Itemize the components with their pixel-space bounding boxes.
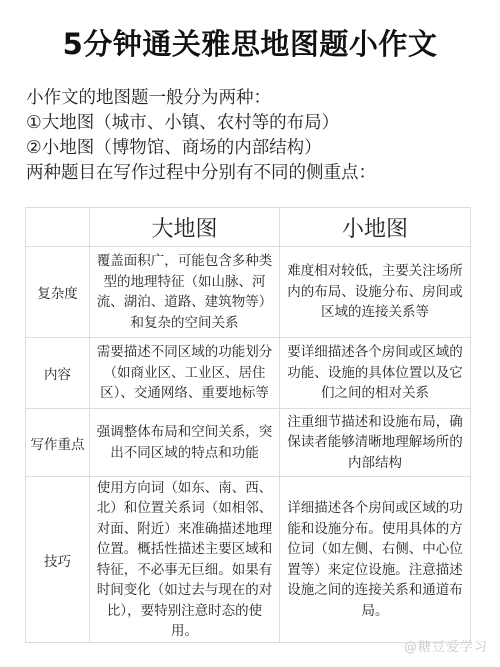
- row-label: 复杂度: [26, 247, 90, 338]
- small-map-cell: 难度相对较低，主要关注场所内的布局、设施分布、房间或区域的连接关系等: [280, 247, 471, 338]
- header-empty: [26, 208, 90, 247]
- big-map-cell: 需要描述不同区域的功能划分（如商业区、工业区、居住区）、交通网络、重要地标等: [90, 338, 280, 409]
- table-row: 技巧 使用方向词（如东、南、西、北）和位置关系词（如相邻、对面、附近）来准确描述…: [26, 477, 471, 643]
- header-big-map: 大地图: [90, 208, 280, 247]
- watermark: @糖豆爱学习: [404, 636, 488, 655]
- table-row: 复杂度 覆盖面积广，可能包含多种类型的地理特征（如山脉、河流、湖泊、道路、建筑物…: [26, 247, 471, 338]
- page-title: 5分钟通关雅思地图题小作文: [0, 22, 500, 63]
- small-map-cell: 要详细描述各个房间或区域的功能、设施的具体位置以及它们之间的相对关系: [280, 338, 471, 409]
- big-map-cell: 强调整体布局和空间关系，突出不同区域的特点和功能: [90, 409, 280, 477]
- intro-text: 小作文的地图题一般分为两种： ①大地图（城市、小镇、农村等的布局） ②小地图（博…: [26, 86, 376, 186]
- intro-line: ①大地图（城市、小镇、农村等的布局）: [26, 111, 376, 136]
- table-row: 写作重点 强调整体布局和空间关系，突出不同区域的特点和功能 注重细节描述和设施布…: [26, 409, 471, 477]
- comparison-table: 大地图 小地图 复杂度 覆盖面积广，可能包含多种类型的地理特征（如山脉、河流、湖…: [25, 207, 471, 643]
- row-label: 内容: [26, 338, 90, 409]
- big-map-cell: 覆盖面积广，可能包含多种类型的地理特征（如山脉、河流、湖泊、道路、建筑物等）和复…: [90, 247, 280, 338]
- table-header-row: 大地图 小地图: [26, 208, 471, 247]
- row-label: 技巧: [26, 477, 90, 643]
- intro-line: 小作文的地图题一般分为两种：: [26, 86, 376, 111]
- small-map-cell: 注重细节描述和设施布局，确保读者能够清晰地理解场所的内部结构: [280, 409, 471, 477]
- table-row: 内容 需要描述不同区域的功能划分（如商业区、工业区、居住区）、交通网络、重要地标…: [26, 338, 471, 409]
- header-small-map: 小地图: [280, 208, 471, 247]
- row-label: 写作重点: [26, 409, 90, 477]
- big-map-cell: 使用方向词（如东、南、西、北）和位置关系词（如相邻、对面、附近）来准确描述地理位…: [90, 477, 280, 643]
- intro-line: ②小地图（博物馆、商场的内部结构）: [26, 136, 376, 161]
- intro-line: 两种题目在写作过程中分别有不同的侧重点：: [26, 161, 376, 186]
- small-map-cell: 详细描述各个房间或区域的功能和设施分布。使用具体的方位词（如左侧、右侧、中心位置…: [280, 477, 471, 643]
